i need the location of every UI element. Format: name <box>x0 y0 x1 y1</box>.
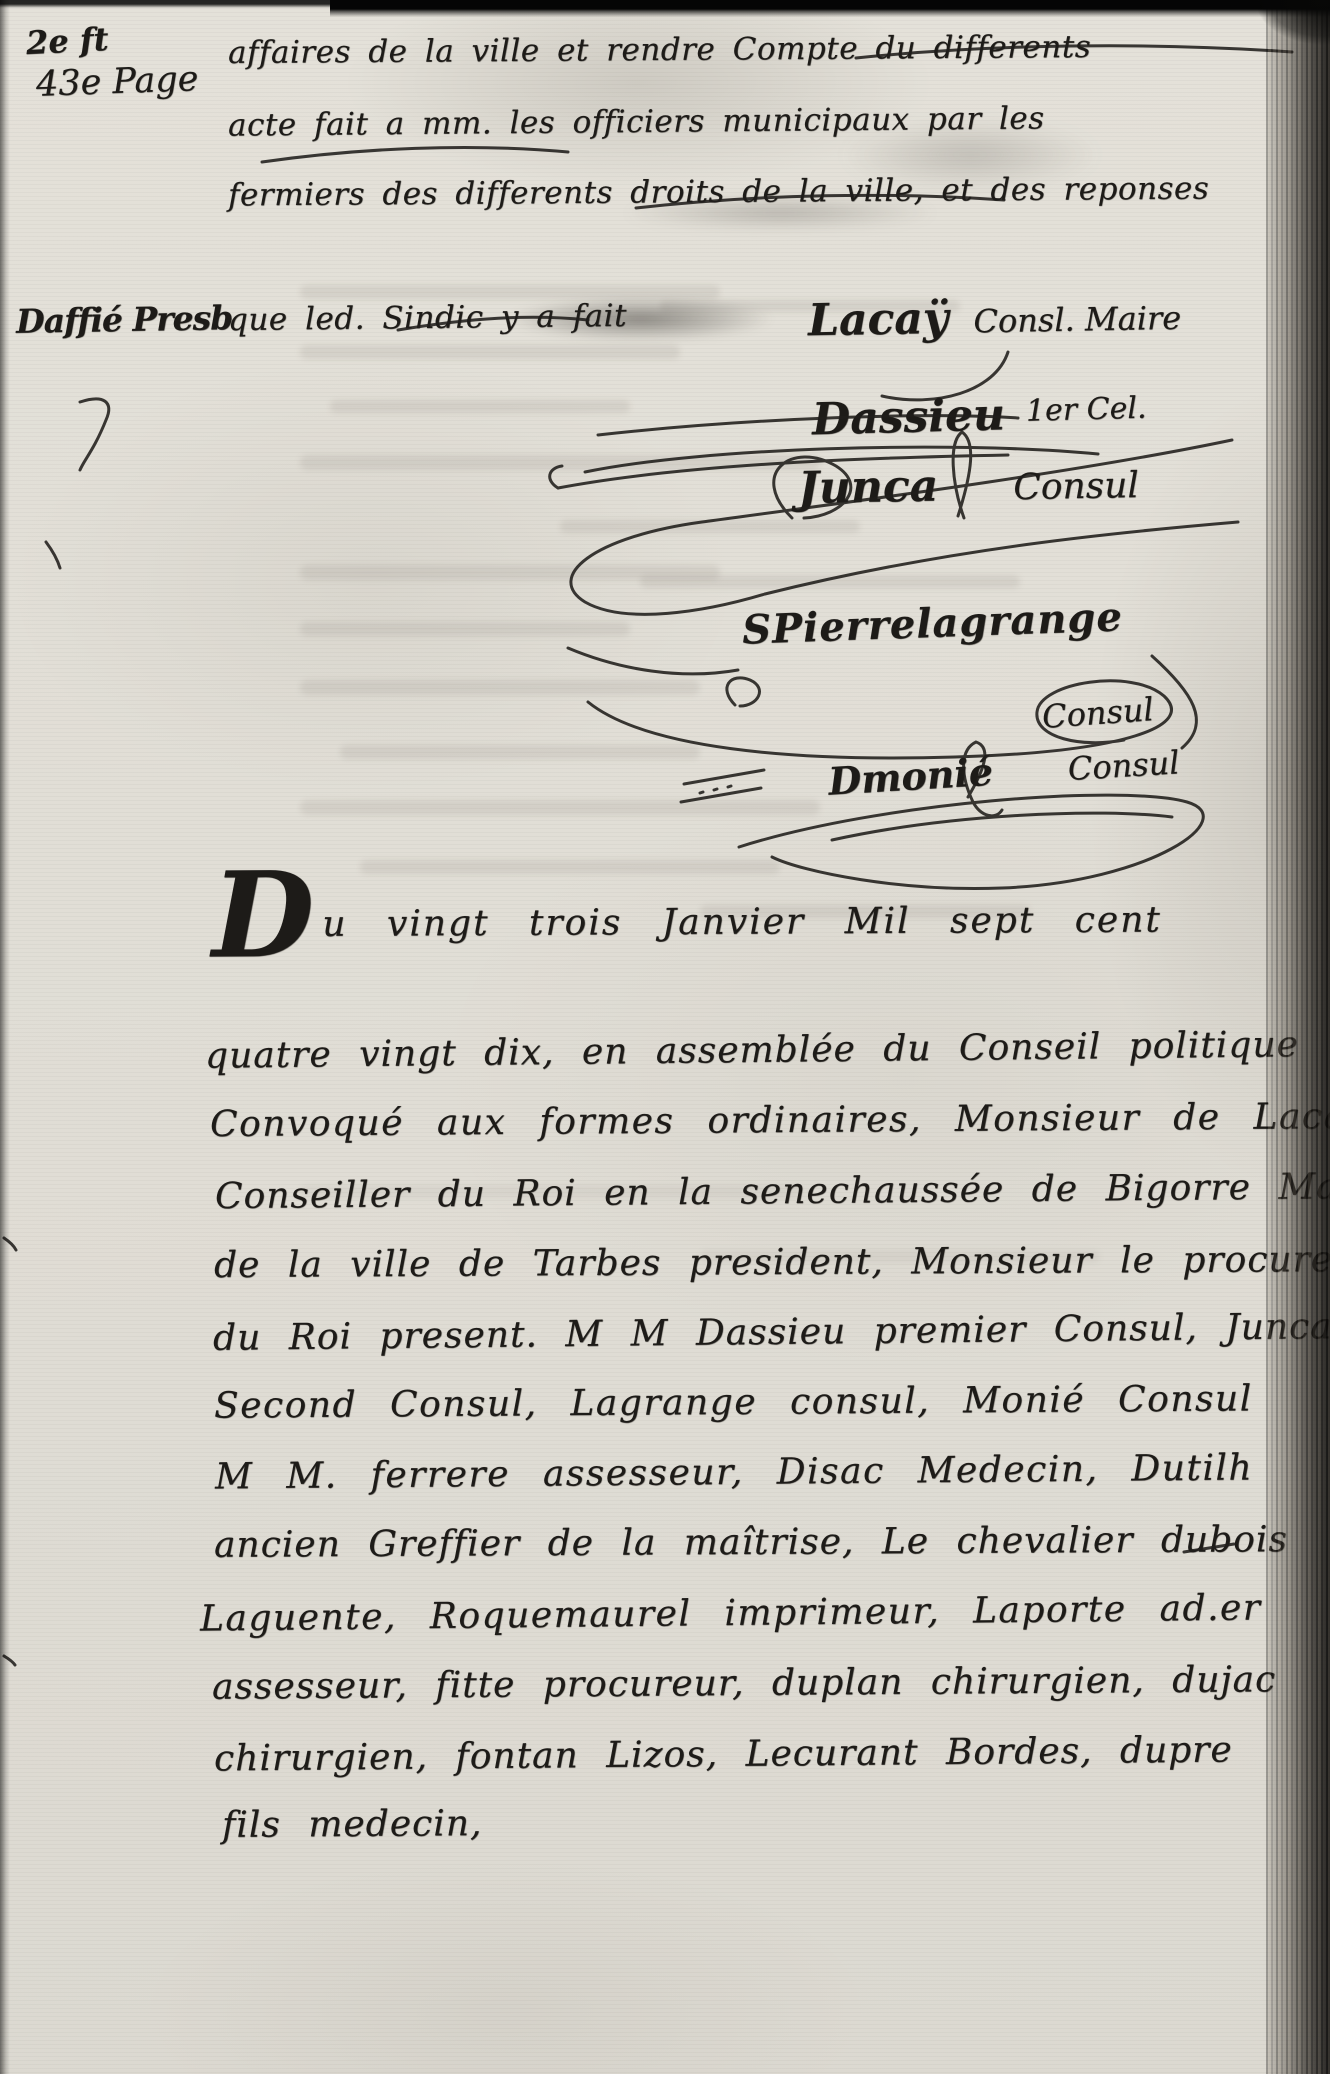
signature-name: Dmonié <box>827 749 994 804</box>
signature-paraph <box>832 813 1172 840</box>
bleedthrough-mark <box>300 455 820 470</box>
signature-dmonie: Dmonié Consul <box>827 737 1181 803</box>
page-number-note: 43e Page <box>35 59 199 105</box>
body-line: du Roi present. M M Dassieu premier Cons… <box>213 1306 1330 1359</box>
bleedthrough-mark <box>300 800 820 815</box>
signature-flourish <box>568 648 738 674</box>
bleedthrough-mark <box>340 745 700 759</box>
body-line: fils medecin, <box>222 1803 483 1846</box>
body-line: M M. ferrere assesseur, Disac Medecin, D… <box>215 1447 1253 1497</box>
body-line: Conseiller du Roi en la senechaussée de … <box>215 1166 1330 1217</box>
signature-title: Consul <box>1013 465 1139 508</box>
body-line: Second Consul, Lagrange consul, Monié Co… <box>214 1378 1253 1426</box>
bleedthrough-mark <box>330 400 630 413</box>
signature-lagrange-title: Consul <box>1041 690 1155 736</box>
margin-paraph <box>80 399 109 470</box>
signature-flourish <box>727 678 760 706</box>
closing-paragraph-line: que led. Sindic y a fait <box>228 298 627 338</box>
bleedthrough-mark <box>300 680 700 695</box>
signature-title: Consl. Maire <box>973 299 1181 341</box>
bleedthrough-mark <box>300 622 630 636</box>
scan-top-edge <box>330 0 1330 17</box>
signature-lacay: Lacaÿ Consl. Maire <box>808 289 1182 347</box>
body-line: ancien Greffier de la maîtrise, Le cheva… <box>214 1519 1288 1566</box>
signature-title: Consul <box>1067 743 1181 788</box>
margin-tick-mark <box>46 542 60 568</box>
body-line: chirurgien, fontan Lizos, Lecurant Borde… <box>214 1730 1233 1780</box>
bleedthrough-mark <box>640 575 1020 588</box>
signature-dot-marks <box>700 786 731 793</box>
bleedthrough-mark <box>560 520 860 533</box>
signature-dassieu: Dassieu 1er Cel. <box>811 386 1147 446</box>
signature-title: 1er Cel. <box>1025 391 1146 429</box>
book-binding-edge <box>1266 0 1330 2074</box>
bleedthrough-mark <box>360 860 780 874</box>
signature-name: Dassieu <box>811 389 1005 445</box>
signature-junca: Junca Consul <box>798 457 1140 514</box>
scan-corner-shadow <box>1258 0 1330 52</box>
signature-lagrange: SPierrelagrange <box>741 593 1123 653</box>
closing-paragraph-line: fermiers des differents droits de la vil… <box>228 171 1209 214</box>
body-line: de la ville de Tarbes president, Monsieu… <box>214 1239 1330 1286</box>
body-line: quatre vingt dix, en assemblée du Consei… <box>205 1024 1299 1076</box>
closing-paragraph-line: affaires de la ville et rendre Compte du… <box>228 29 1091 71</box>
manuscript-page-scan: 2e ft 43e Page affaires de la ville et r… <box>0 0 1330 2074</box>
bleedthrough-mark <box>300 345 680 359</box>
margin-note: Daffié Presb <box>16 298 233 341</box>
body-line: Convoqué aux formes ordinaires, Monsieur… <box>210 1096 1330 1145</box>
body-line: Laguente, Roquemaurel imprimeur, Laporte… <box>200 1587 1262 1639</box>
strikethrough-mark <box>262 147 568 162</box>
signature-dash-mark <box>684 770 764 784</box>
signature-flourish <box>1152 656 1196 748</box>
body-line: Du vingt trois Janvier Mil sept cent <box>212 898 1162 949</box>
closing-paragraph-line: acte fait a mm. les officiers municipaux… <box>228 100 1045 143</box>
folio-note: 2e ft <box>25 20 109 62</box>
scan-top-edge <box>0 0 340 8</box>
signature-name: Junca <box>798 461 939 514</box>
body-line: assesseur, fitte procureur, duplan chiru… <box>212 1659 1276 1707</box>
scan-left-edge <box>0 0 10 2074</box>
signature-name: Lacaÿ <box>808 293 949 346</box>
